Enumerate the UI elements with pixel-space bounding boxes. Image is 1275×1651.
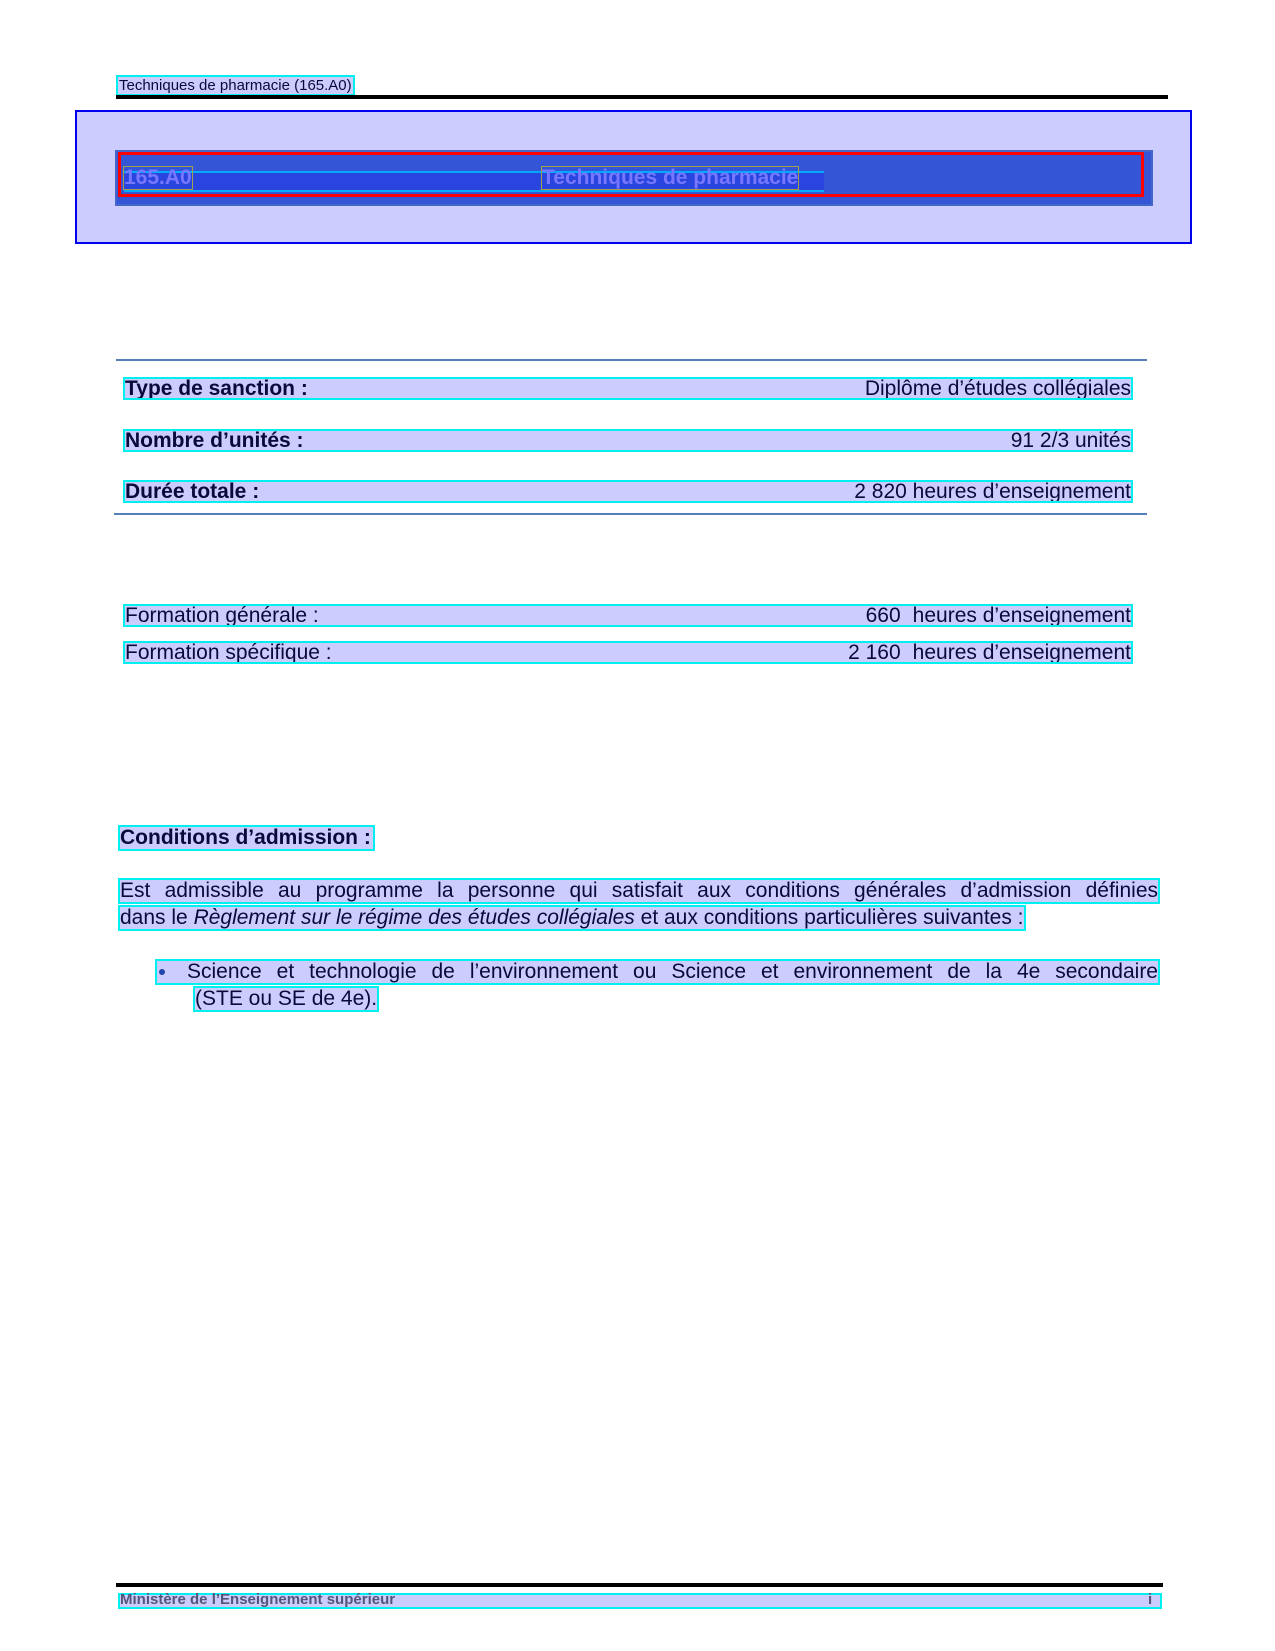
header-rule: [116, 95, 1168, 99]
summary-row-duration: Durée totale : 2 820 heures d’enseigneme…: [125, 482, 1131, 501]
summary-top-rule: [116, 359, 1147, 361]
summary-label: Type de sanction :: [125, 378, 308, 399]
training-label: Formation générale :: [125, 605, 319, 626]
training-unit: heures d’enseignement: [913, 641, 1131, 664]
summary-value: 2 820 heures d’enseignement: [854, 481, 1131, 502]
summary-value: Diplôme d’études collégiales: [865, 378, 1131, 399]
admission-paragraph-line: dans le Règlement sur le régime des étud…: [120, 907, 1024, 929]
admission-paragraph-line: Est admissible au programme la personne …: [120, 880, 1158, 902]
summary-value: 91 2/3 unités: [1011, 430, 1131, 451]
summary-row-sanction: Type de sanction : Diplôme d’études coll…: [125, 379, 1131, 398]
training-hours: 2 160: [841, 642, 901, 663]
training-hours: 660: [841, 605, 901, 626]
bullet-text-continuation: (STE ou SE de 4e).: [195, 988, 377, 1010]
footer-rule: [116, 1583, 1163, 1587]
page-number: i: [1148, 1592, 1152, 1608]
running-header: Techniques de pharmacie (165.A0): [118, 77, 353, 94]
training-label: Formation spécifique :: [125, 642, 332, 663]
training-row-general: Formation générale : 660heures d’enseign…: [125, 606, 1131, 625]
admission-text: et aux conditions particulières suivante…: [635, 906, 1024, 929]
admission-heading: Conditions d’admission :: [120, 827, 373, 849]
summary-row-units: Nombre d’unités : 91 2/3 unités: [125, 431, 1131, 450]
summary-bottom-rule: [114, 513, 1147, 515]
summary-label: Nombre d’unités :: [125, 430, 304, 451]
bullet-text: Science et technologie de l’environnemen…: [187, 961, 1158, 983]
admission-text: dans le: [120, 906, 194, 929]
training-value: 2 160heures d’enseignement: [841, 642, 1131, 663]
admission-bullet-item: Science et technologie de l’environnemen…: [157, 961, 1158, 983]
regulation-title: Règlement sur le régime des études collé…: [194, 906, 635, 929]
training-unit: heures d’enseignement: [913, 604, 1131, 627]
program-code: 165.A0: [124, 167, 192, 189]
training-row-specific: Formation spécifique : 2 160heures d’ens…: [125, 643, 1131, 662]
footer-organization: Ministère de l’Enseignement supérieur: [120, 1592, 395, 1608]
bullet-icon: [159, 969, 165, 975]
training-value: 660heures d’enseignement: [841, 605, 1131, 626]
summary-label: Durée totale :: [125, 481, 259, 502]
program-name: Techniques de pharmacie: [542, 167, 798, 189]
